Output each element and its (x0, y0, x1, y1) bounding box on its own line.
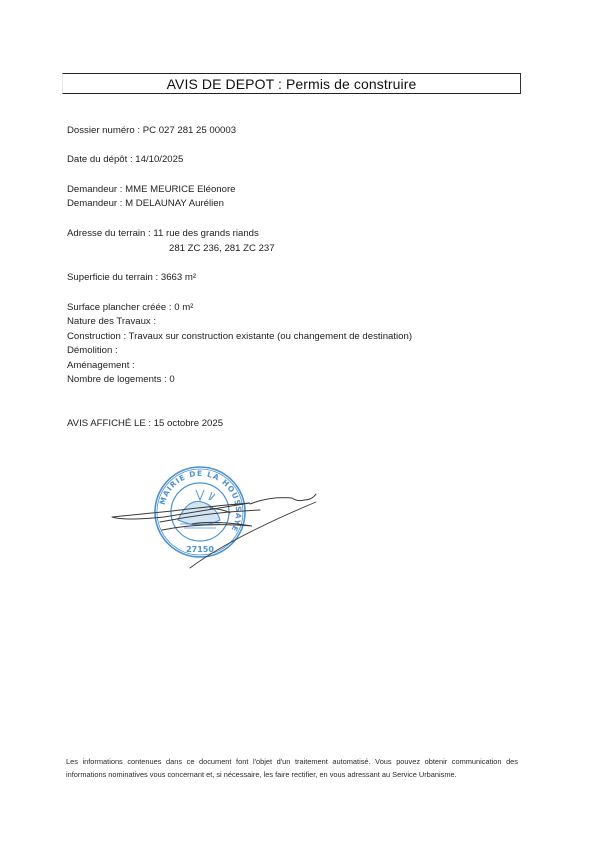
land-address: Adresse du terrain : 11 rue des grands r… (67, 228, 259, 240)
demolition: Démolition : (67, 345, 118, 357)
applicant-1: Demandeur : MME MEURICE Eléonore (67, 184, 235, 196)
handwritten-signature-icon (100, 460, 320, 570)
privacy-notice: Les informations contenues dans ce docum… (66, 756, 518, 781)
landscaping: Aménagement : (67, 360, 135, 372)
land-area: Superficie du terrain : 3663 m² (67, 272, 196, 284)
land-parcels: 281 ZC 236, 281 ZC 237 (169, 243, 275, 255)
housing-count: Nombre de logements : 0 (67, 374, 175, 386)
works-nature: Nature des Travaux : (67, 316, 156, 328)
title-box: AVIS DE DEPOT : Permis de construire (62, 73, 521, 94)
applicant-2: Demandeur : M DELAUNAY Aurélien (67, 198, 224, 210)
posting-date: AVIS AFFICHÉ LE : 15 octobre 2025 (67, 418, 223, 430)
document-title: AVIS DE DEPOT : Permis de construire (63, 76, 520, 92)
floor-area-created: Surface plancher créée : 0 m² (67, 302, 193, 314)
document-page: AVIS DE DEPOT : Permis de construire Dos… (0, 0, 595, 842)
dossier-number: Dossier numéro : PC 027 281 25 00003 (67, 125, 236, 137)
deposit-date: Date du dépôt : 14/10/2025 (67, 154, 183, 166)
stamp-and-signature: MAIRIE DE LA HOUSSAYE 27150 (100, 460, 320, 570)
construction-type: Construction : Travaux sur construction … (67, 331, 412, 343)
